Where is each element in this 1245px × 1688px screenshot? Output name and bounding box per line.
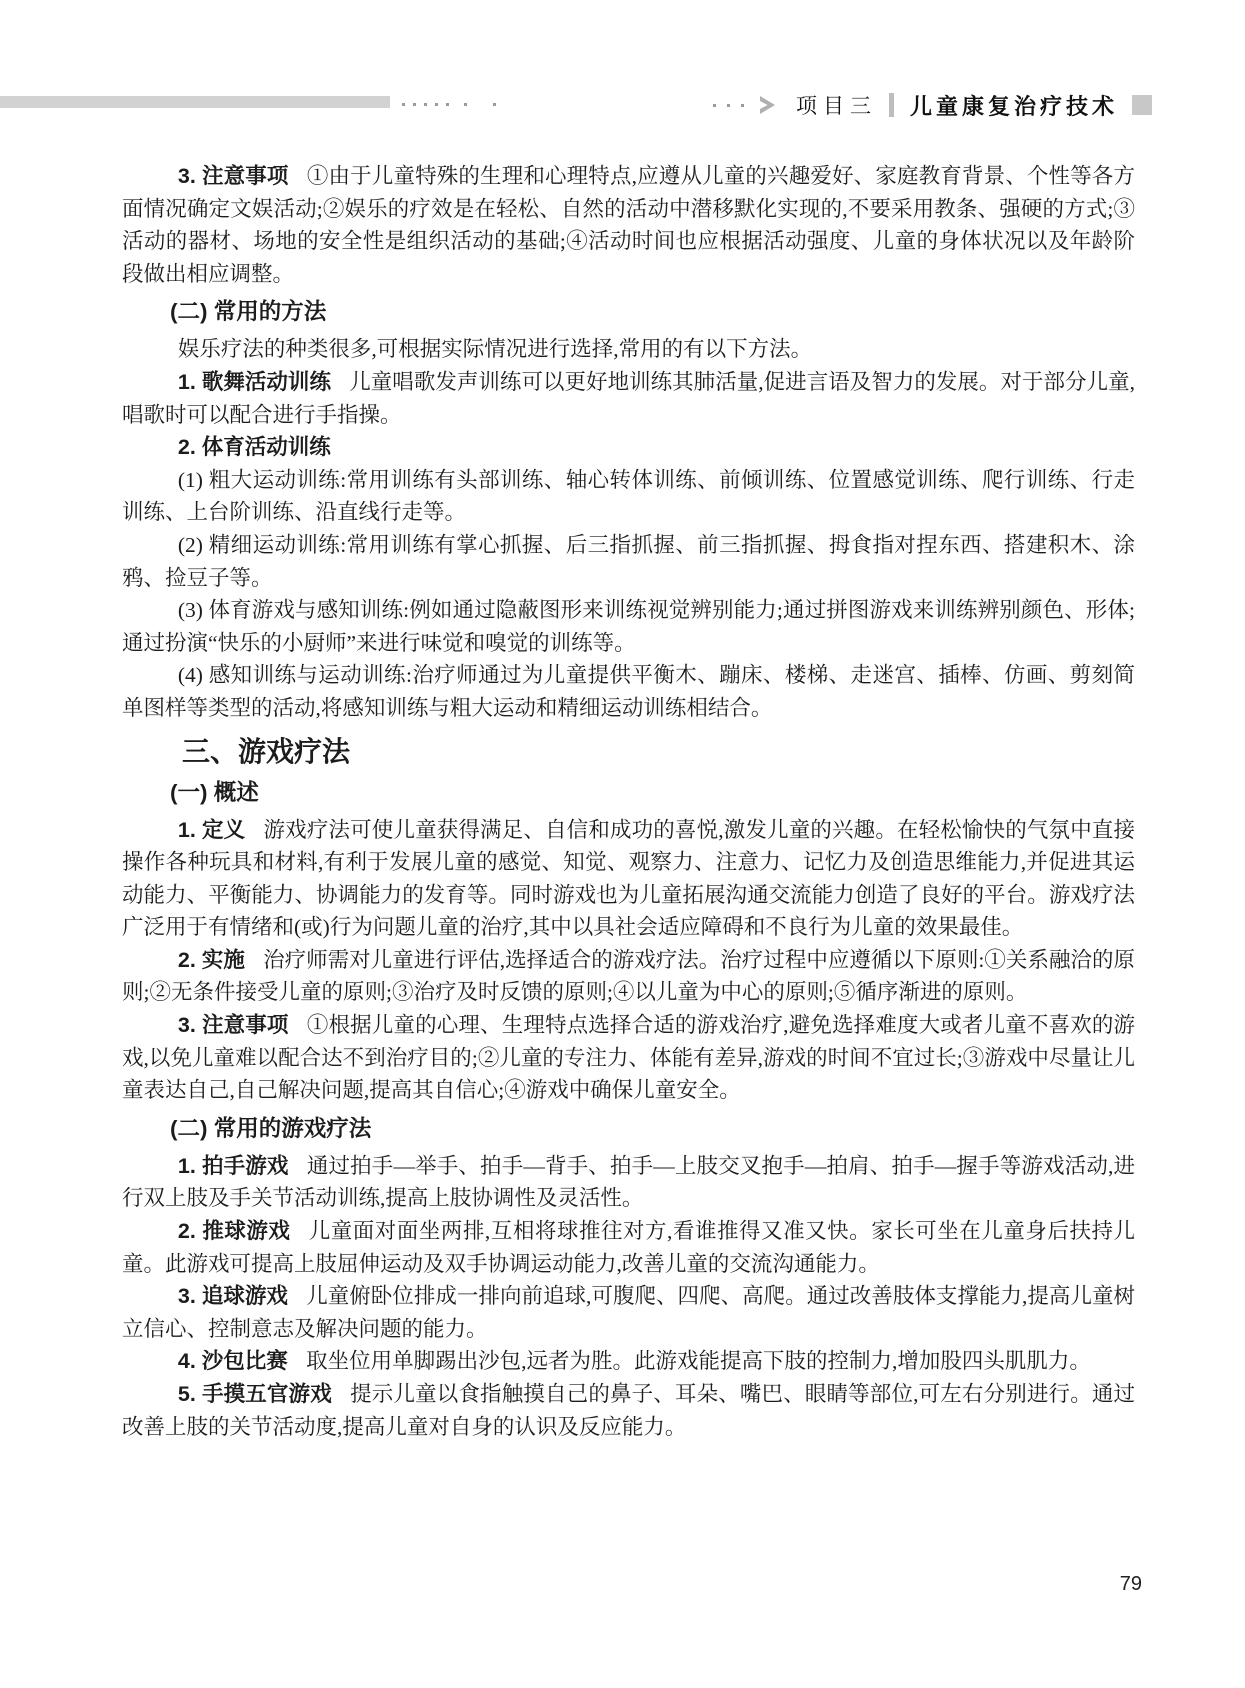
paragraph-sports-game-perception-training: (3) 体育游戏与感知训练:例如通过隐蔽图形来训练视觉辨别能力;通过拼图游戏来训… bbox=[122, 594, 1135, 659]
paragraph-lead-label: 2. 体育活动训练 bbox=[178, 435, 331, 459]
header-dots-left bbox=[402, 103, 504, 106]
dot-icon bbox=[413, 103, 416, 106]
dot-icon bbox=[713, 104, 716, 107]
paragraph-sports-activity-training: 2. 体育活动训练 bbox=[122, 431, 1135, 464]
paragraph-text: (3) 体育游戏与感知训练:例如通过隐蔽图形来训练视觉辨别能力;通过拼图游戏来训… bbox=[122, 598, 1135, 655]
dot-icon bbox=[446, 103, 449, 106]
heading-play-therapy: 三、游戏疗法 bbox=[182, 734, 1135, 770]
paragraph-notes-play-therapy: 3. 注意事项①根据儿童的心理、生理特点选择合适的游戏治疗,避免选择难度大或者儿… bbox=[122, 1009, 1135, 1107]
dot-icon bbox=[435, 103, 438, 106]
subheading-common-methods: (二) 常用的方法 bbox=[170, 295, 1135, 328]
dot-icon bbox=[424, 103, 427, 106]
paragraph-gross-motor-training: (1) 粗大运动训练:常用训练有头部训练、轴心转体训练、前倾训练、位置感觉训练、… bbox=[122, 464, 1135, 529]
paragraph-implementation: 2. 实施治疗师需对儿童进行评估,选择适合的游戏疗法。治疗过程中应遵循以下原则:… bbox=[122, 944, 1135, 1009]
paragraph-fine-motor-training: (2) 精细运动训练:常用训练有掌心抓握、后三指抓握、前三指抓握、拇食指对捏东西… bbox=[122, 529, 1135, 594]
paragraph-notes-entertainment: 3. 注意事项①由于儿童特殊的生理和心理特点,应遵从儿童的兴趣爱好、家庭教育背景… bbox=[122, 160, 1135, 290]
document-body: 3. 注意事项①由于儿童特殊的生理和心理特点,应遵从儿童的兴趣爱好、家庭教育背景… bbox=[122, 160, 1135, 1443]
dot-icon bbox=[464, 103, 467, 106]
paragraph-text: 娱乐疗法的种类很多,可根据实际情况进行选择,常用的有以下方法。 bbox=[178, 337, 812, 361]
paragraph-text: (4) 感知训练与运动训练:治疗师通过为儿童提供平衡木、蹦床、楼梯、走迷宫、插棒… bbox=[122, 663, 1135, 720]
dot-icon bbox=[402, 103, 405, 106]
paragraph-lead-label: 1. 拍手游戏 bbox=[178, 1154, 289, 1178]
dot-icon bbox=[727, 104, 730, 107]
header-decorative-bar bbox=[0, 96, 390, 108]
subheading-overview: (一) 概述 bbox=[170, 776, 1135, 809]
paragraph-lead-label: 5. 手摸五官游戏 bbox=[178, 1382, 332, 1406]
paragraph-lead-label: 3. 注意事项 bbox=[178, 1013, 289, 1037]
header-divider bbox=[889, 93, 894, 117]
dot-icon bbox=[493, 103, 496, 106]
header-dots-right bbox=[702, 104, 744, 107]
paragraph-lead-label: 1. 歌舞活动训练 bbox=[178, 370, 331, 394]
paragraph-clapping-game: 1. 拍手游戏通过拍手—举手、拍手—背手、拍手—上肢交叉抱手—拍肩、拍手—握手等… bbox=[122, 1150, 1135, 1215]
paragraph-ball-pushing-game: 2. 推球游戏儿童面对面坐两排,互相将球推往对方,看谁推得又准又快。家长可坐在儿… bbox=[122, 1215, 1135, 1280]
paragraph-text: 取坐位用单脚踢出沙包,远者为胜。此游戏能提高下肢的控制力,增加股四头肌肌力。 bbox=[306, 1349, 1091, 1373]
paragraph-text: (1) 粗大运动训练:常用训练有头部训练、轴心转体训练、前倾训练、位置感觉训练、… bbox=[122, 468, 1135, 525]
paragraph-lead-label: 3. 注意事项 bbox=[178, 164, 289, 188]
paragraph-text: 治疗师需对儿童进行评估,选择适合的游戏疗法。治疗过程中应遵循以下原则:①关系融洽… bbox=[122, 948, 1135, 1005]
paragraph-touch-facial-features-game: 5. 手摸五官游戏提示儿童以食指触摸自己的鼻子、耳朵、嘴巴、眼睛等部位,可左右分… bbox=[122, 1378, 1135, 1443]
paragraph-sandbag-contest: 4. 沙包比赛取坐位用单脚踢出沙包,远者为胜。此游戏能提高下肢的控制力,增加股四… bbox=[122, 1345, 1135, 1378]
paragraph-methods-intro: 娱乐疗法的种类很多,可根据实际情况进行选择,常用的有以下方法。 bbox=[122, 333, 1135, 366]
paragraph-lead-label: 2. 推球游戏 bbox=[178, 1219, 291, 1243]
paragraph-lead-label: 1. 定义 bbox=[178, 818, 245, 842]
header-section-label: 项目三 bbox=[796, 90, 877, 120]
paragraph-perception-motor-training: (4) 感知训练与运动训练:治疗师通过为儿童提供平衡木、蹦床、楼梯、走迷宫、插棒… bbox=[122, 659, 1135, 724]
paragraph-text: (2) 精细运动训练:常用训练有掌心抓握、后三指抓握、前三指抓握、拇食指对捏东西… bbox=[122, 533, 1135, 590]
paragraph-ball-chasing-game: 3. 追球游戏儿童俯卧位排成一排向前追球,可腹爬、四爬、高爬。通过改善肢体支撑能… bbox=[122, 1280, 1135, 1345]
header-right-group: 项目三 儿童康复治疗技术 bbox=[702, 90, 1152, 120]
header-chapter-title: 儿童康复治疗技术 bbox=[910, 90, 1118, 121]
dot-icon bbox=[741, 104, 744, 107]
paragraph-text: 游戏疗法可使儿童获得满足、自信和成功的喜悦,激发儿童的兴趣。在轻松愉快的气氛中直… bbox=[122, 818, 1135, 940]
header-square-ornament bbox=[1132, 95, 1152, 115]
subheading-common-play-therapies: (二) 常用的游戏疗法 bbox=[170, 1112, 1135, 1145]
paragraph-definition: 1. 定义游戏疗法可使儿童获得满足、自信和成功的喜悦,激发儿童的兴趣。在轻松愉快… bbox=[122, 814, 1135, 944]
paragraph-lead-label: 2. 实施 bbox=[178, 948, 245, 972]
page-number: 79 bbox=[1120, 1573, 1142, 1596]
textbook-page: 项目三 儿童康复治疗技术 3. 注意事项①由于儿童特殊的生理和心理特点,应遵从儿… bbox=[0, 0, 1245, 1688]
paragraph-lead-label: 4. 沙包比赛 bbox=[178, 1349, 288, 1373]
page-header: 项目三 儿童康复治疗技术 bbox=[0, 90, 1245, 120]
chevron-right-icon bbox=[758, 95, 778, 115]
paragraph-singing-dancing-training: 1. 歌舞活动训练儿童唱歌发声训练可以更好地训练其肺活量,促进言语及智力的发展。… bbox=[122, 366, 1135, 431]
paragraph-lead-label: 3. 追球游戏 bbox=[178, 1284, 288, 1308]
